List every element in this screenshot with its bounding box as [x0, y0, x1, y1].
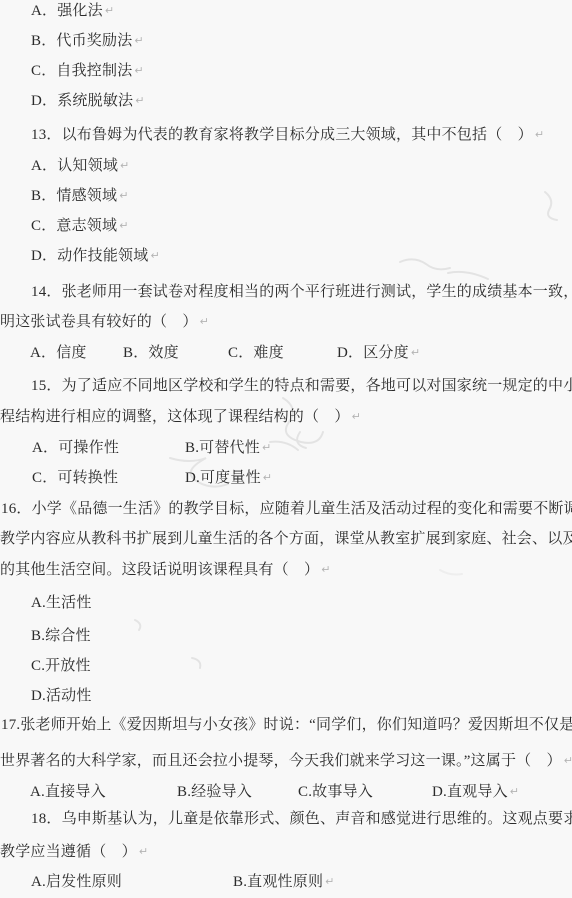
question-text: 13．以布鲁姆为代表的教育家将教学目标分成三大领域，其中不包括（ ）↵: [31, 127, 544, 144]
option-text: B．代币奖励法↵: [31, 33, 144, 50]
option-text: D.可度量性↵: [185, 470, 272, 487]
option-text: A．强化法↵: [31, 3, 114, 20]
paragraph-mark-icon: ↵: [262, 442, 271, 453]
option-row: A.直接导入B.经验导入C.故事导入D.直观导入↵: [0, 784, 572, 802]
paragraph-mark-icon: ↵: [150, 250, 159, 261]
option-text: A.直接导入: [30, 784, 106, 801]
option-text: C．自我控制法↵: [31, 63, 144, 80]
option-line: A．认知领域↵: [0, 158, 572, 176]
paragraph-mark-icon: ↵: [119, 190, 128, 201]
question-text: 18．乌申斯基认为，儿童是依靠形式、颜色、声音和感觉进行思维的。这观点要求小学: [31, 811, 572, 828]
document-page: A．强化法↵B．代币奖励法↵C．自我控制法↵D．系统脱敏法↵13．以布鲁姆为代表…: [0, 0, 572, 898]
option-text: A.启发性原则: [31, 874, 122, 891]
option-row: A.启发性原则B.直观性原则↵: [0, 874, 572, 892]
question-text: 14．张老师用一套试卷对程度相当的两个平行班进行测试，学生的成绩基本一致，这说: [31, 284, 572, 301]
option-text: B．情感领域↵: [31, 188, 129, 205]
paragraph-mark-icon: ↵: [535, 129, 544, 140]
question-14-stem-2: 明这张试卷具有较好的（ ）↵: [0, 314, 572, 332]
option-text: A．可操作性: [32, 440, 119, 457]
option-line: C.开放性: [0, 658, 572, 676]
option-text: D.直观导入↵: [432, 784, 519, 801]
option-text: C.开放性: [31, 658, 91, 675]
option-text: B．效度: [123, 345, 179, 362]
paragraph-mark-icon: ↵: [120, 160, 129, 171]
option-line: C．意志领域↵: [0, 218, 572, 236]
question-text: 16．小学《品德一生活》的教学目标，应随着儿童生活及活动过程的变化和需要不断调整…: [1, 501, 572, 518]
option-text: A．信度: [30, 345, 87, 362]
paragraph-mark-icon: ↵: [105, 5, 114, 16]
paragraph-mark-icon: ↵: [325, 876, 334, 887]
question-text: 15．为了适应不同地区学校和学生的特点和需要，各地可以对国家统一规定的中小学课: [31, 378, 572, 395]
question-text: 程结构进行相应的调整，这体现了课程结构的（ ）↵: [0, 409, 361, 426]
question-text: 的其他生活空间。这段话说明该课程具有（ ）↵: [0, 562, 331, 579]
option-row: A．信度B．效度C．难度D．区分度↵: [0, 345, 572, 363]
option-text: B.直观性原则↵: [233, 874, 335, 891]
option-line: B．情感领域↵: [0, 188, 572, 206]
question-15-stem-2: 程结构进行相应的调整，这体现了课程结构的（ ）↵: [0, 409, 572, 427]
question-text: 17.张老师开始上《爱因斯坦与小女孩》时说：“同学们，你们知道吗？爱因斯坦不仅是…: [1, 717, 572, 734]
option-text: C.故事导入: [298, 784, 373, 801]
option-line: A.生活性: [0, 595, 572, 613]
option-row: C．可转换性D.可度量性↵: [0, 470, 572, 488]
option-text: C．可转换性: [32, 470, 118, 487]
paragraph-mark-icon: ↵: [510, 786, 519, 797]
question-13-stem: 13．以布鲁姆为代表的教育家将教学目标分成三大领域，其中不包括（ ）↵: [0, 127, 572, 145]
paragraph-mark-icon: ↵: [134, 35, 143, 46]
option-text: A．认知领域↵: [31, 158, 129, 175]
paragraph-mark-icon: ↵: [134, 65, 143, 76]
option-row: A．可操作性B.可替代性↵: [0, 440, 572, 458]
paragraph-mark-icon: ↵: [119, 220, 128, 231]
option-line: D．动作技能领域↵: [0, 248, 572, 266]
paragraph-mark-icon: ↵: [352, 411, 361, 422]
question-16-stem: 16．小学《品德一生活》的教学目标，应随着儿童生活及活动过程的变化和需要不断调整…: [0, 501, 572, 519]
option-text: D．区分度↵: [337, 345, 420, 362]
option-line: D.活动性: [0, 688, 572, 706]
option-line: D．系统脱敏法↵: [0, 93, 572, 111]
question-18-stem-2: 教学应当遵循（ ）↵: [0, 844, 572, 862]
question-17-stem-2: 世界著名的大科学家，而且还会拉小提琴，今天我们就来学习这一课。”这属于（ ）↵: [0, 753, 572, 771]
question-text: 教学内容应从教科书扩展到儿童生活的各个方面，课堂从教室扩展到家庭、社会、以及儿童: [0, 531, 572, 548]
option-text: C．意志领域↵: [31, 218, 129, 235]
option-line: A．强化法↵: [0, 3, 572, 21]
paragraph-mark-icon: ↵: [564, 755, 572, 766]
paragraph-mark-icon: ↵: [200, 316, 209, 327]
option-text: D．系统脱敏法↵: [31, 93, 145, 110]
question-14-stem: 14．张老师用一套试卷对程度相当的两个平行班进行测试，学生的成绩基本一致，这说: [0, 284, 572, 302]
option-text: B.综合性: [31, 628, 91, 645]
option-text: B.可替代性↵: [185, 440, 271, 457]
paragraph-mark-icon: ↵: [139, 846, 148, 857]
option-text: D.活动性: [31, 688, 92, 705]
option-text: D．动作技能领域↵: [31, 248, 160, 265]
question-16-stem-3: 的其他生活空间。这段话说明该课程具有（ ）↵: [0, 562, 572, 580]
option-line: C．自我控制法↵: [0, 63, 572, 81]
paragraph-mark-icon: ↵: [321, 564, 330, 575]
question-text: 教学应当遵循（ ）↵: [0, 844, 148, 861]
paragraph-mark-icon: ↵: [263, 472, 272, 483]
question-15-stem: 15．为了适应不同地区学校和学生的特点和需要，各地可以对国家统一规定的中小学课: [0, 378, 572, 396]
option-text: C．难度: [228, 345, 284, 362]
question-text: 世界著名的大科学家，而且还会拉小提琴，今天我们就来学习这一课。”这属于（ ）↵: [0, 753, 572, 770]
option-text: A.生活性: [31, 595, 92, 612]
scan-artifact: [448, 272, 488, 279]
option-text: B.经验导入: [177, 784, 252, 801]
paragraph-mark-icon: ↵: [411, 347, 420, 358]
option-line: B.综合性: [0, 628, 572, 646]
option-line: B．代币奖励法↵: [0, 33, 572, 51]
question-16-stem-2: 教学内容应从教科书扩展到儿童生活的各个方面，课堂从教室扩展到家庭、社会、以及儿童: [0, 531, 572, 549]
question-18-stem: 18．乌申斯基认为，儿童是依靠形式、颜色、声音和感觉进行思维的。这观点要求小学: [0, 811, 572, 829]
paragraph-mark-icon: ↵: [135, 95, 144, 106]
question-text: 明这张试卷具有较好的（ ）↵: [0, 314, 209, 331]
question-17-stem: 17.张老师开始上《爱因斯坦与小女孩》时说：“同学们，你们知道吗？爱因斯坦不仅是…: [0, 717, 572, 735]
